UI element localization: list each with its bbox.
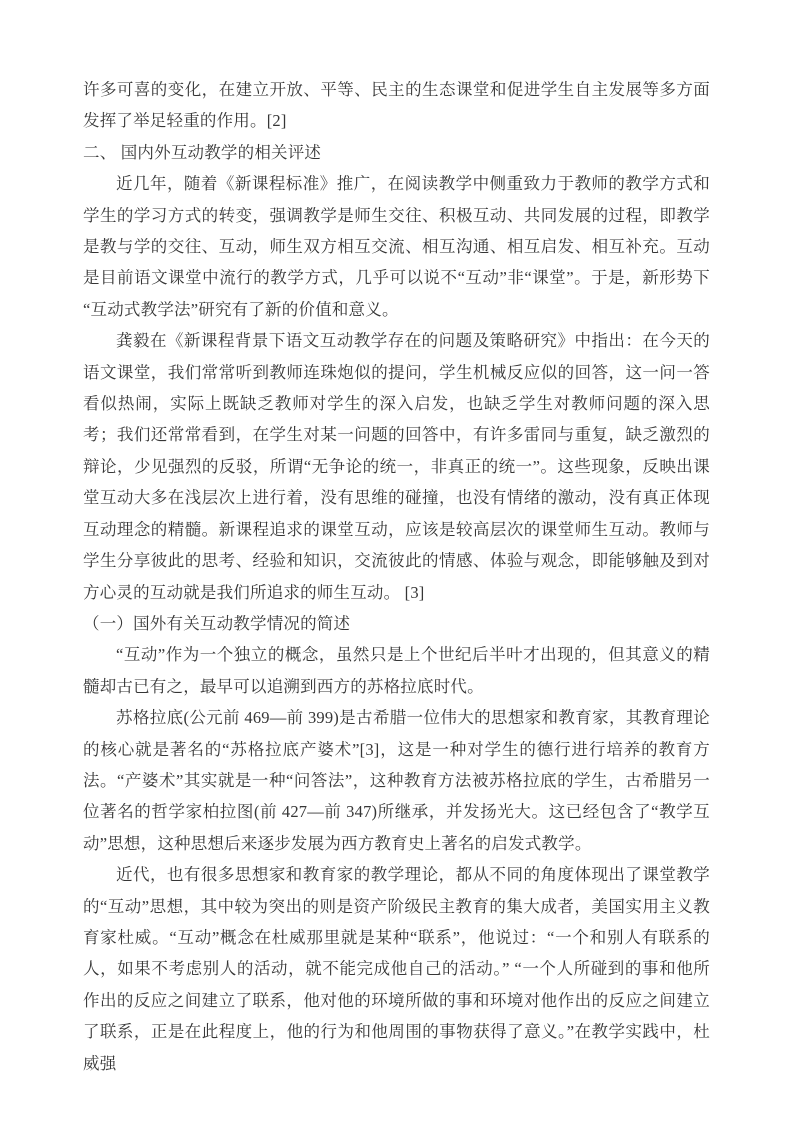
body-paragraph-continuation: 许多可喜的变化，在建立开放、平等、民主的生态课堂和促进学生自主发展等多方面发挥了… bbox=[83, 74, 710, 137]
subsection-heading-1: （一）国外有关互动教学情况的简述 bbox=[83, 608, 710, 639]
body-paragraph: 龚毅在《新课程背景下语文互动教学存在的问题及策略研究》中指出：在今天的语文课堂，… bbox=[83, 325, 710, 608]
body-paragraph: “互动”作为一个独立的概念，虽然只是上个世纪后半叶才出现的，但其意义的精髓却古已… bbox=[83, 639, 710, 702]
document-page: 许多可喜的变化，在建立开放、平等、民主的生态课堂和促进学生自主发展等多方面发挥了… bbox=[0, 0, 793, 1122]
section-heading-2: 二、 国内外互动教学的相关评述 bbox=[83, 137, 710, 168]
body-paragraph: 苏格拉底(公元前 469—前 399)是古希腊一位伟大的思想家和教育家，其教育理… bbox=[83, 702, 710, 859]
body-paragraph: 近几年，随着《新课程标准》推广，在阅读教学中侧重致力于教师的教学方式和学生的学习… bbox=[83, 168, 710, 325]
document-text-block: 许多可喜的变化，在建立开放、平等、民主的生态课堂和促进学生自主发展等多方面发挥了… bbox=[83, 74, 710, 1079]
body-paragraph: 近代，也有很多思想家和教育家的教学理论，都从不同的角度体现出了课堂教学的“互动”… bbox=[83, 859, 710, 1079]
